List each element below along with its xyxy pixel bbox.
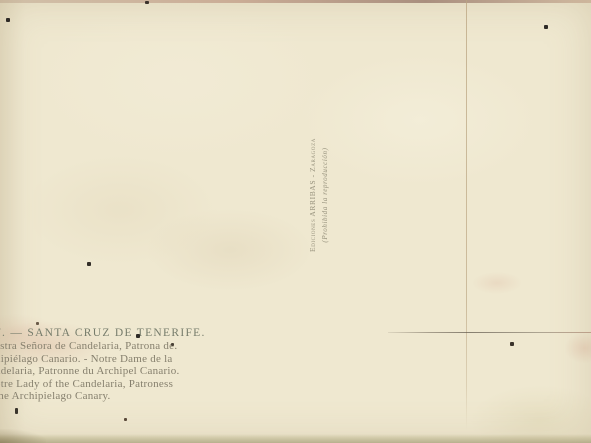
caption-line: the Archipielago Canary. — [0, 390, 245, 402]
paper-speck — [510, 342, 514, 346]
paper-speck — [15, 408, 18, 414]
address-line — [388, 332, 591, 333]
caption-block: 7. — SANTA CRUZ DE TENERIFE. estra Señor… — [0, 327, 245, 402]
caption-line: ndelaria, Patronne du Archipel Canario. — [0, 365, 245, 377]
paper-speck — [36, 322, 39, 325]
card-bottom-edge — [0, 434, 591, 443]
paper-speck — [145, 1, 149, 4]
publisher-imprint: Ediciones ARRIBAS - Zaragoza (Prohibida … — [307, 130, 333, 260]
paper-speck — [87, 262, 91, 266]
caption-line: otre Lady of the Candelaria, Patroness — [0, 378, 245, 390]
caption-line: hipiélago Canario. - Notre Dame de la — [0, 353, 245, 365]
paper-speck — [6, 18, 10, 22]
paper-speck — [124, 418, 127, 421]
paper-speck — [136, 334, 140, 338]
paper-speck — [171, 343, 174, 346]
postcard-back: Ediciones ARRIBAS - Zaragoza (Prohibida … — [0, 0, 591, 443]
card-top-edge — [0, 0, 591, 3]
card-bottom-left-shadow — [0, 429, 46, 443]
paper-speck — [544, 25, 548, 29]
reproduction-notice: (Prohibida la reproducción) — [319, 130, 331, 260]
caption-title: 7. — SANTA CRUZ DE TENERIFE. — [0, 327, 245, 339]
caption-line: estra Señora de Candelaria, Patrona de. — [0, 340, 245, 352]
publisher-name: Ediciones ARRIBAS - Zaragoza — [307, 130, 319, 260]
postcard-divider-line — [466, 0, 467, 430]
